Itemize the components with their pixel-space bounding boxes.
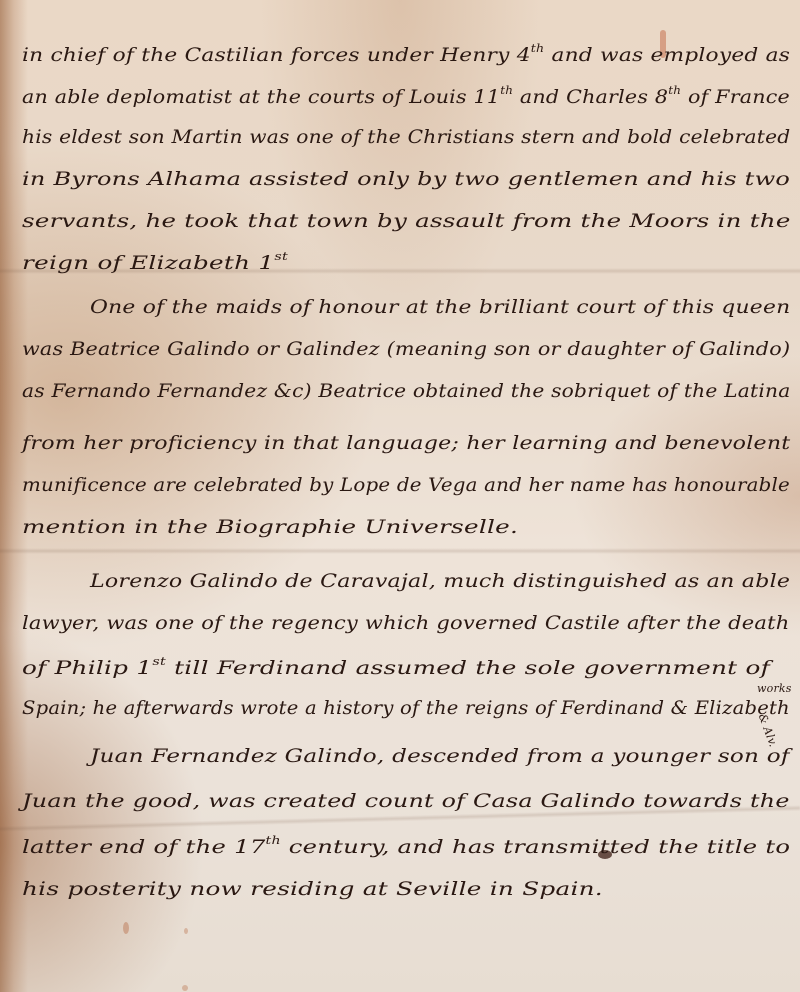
line-text: his posterity now residing at Seville in… (22, 878, 603, 900)
text-line: his eldest son Martin was one of the Chr… (22, 126, 790, 148)
line-text: reign of Elizabeth 1 (22, 252, 274, 274)
text-line: Juan Fernandez Galindo, descended from a… (90, 745, 790, 767)
foxing-spot (123, 922, 129, 934)
text-line: mention in the Biographie Universelle. (22, 516, 518, 538)
text-line: lawyer, was one of the regency which gov… (22, 612, 790, 634)
line-text: One of the maids of honour at the brilli… (90, 296, 790, 318)
text-line: in Byrons Alhama assisted only by two ge… (22, 168, 790, 190)
line-text: Juan Fernandez Galindo, descended from a… (90, 745, 790, 767)
text-line: as Fernando Fernandez &c) Beatrice obtai… (22, 380, 790, 402)
line-text: of France (681, 86, 790, 108)
line-text: mention in the Biographie Universelle. (22, 516, 518, 538)
text-line: Juan the good, was created count of Casa… (22, 790, 790, 812)
line-text: and Charles 8 (513, 86, 668, 108)
line-text: his eldest son Martin was one of the Chr… (22, 126, 790, 148)
line-text: as Fernando Fernandez &c) Beatrice obtai… (22, 380, 790, 402)
text-line: of Philip 1st till Ferdinand assumed the… (22, 655, 770, 679)
text-line: from her proficiency in that language; h… (22, 432, 790, 454)
line-text: latter end of the 17 (22, 836, 266, 858)
manuscript-page: in chief of the Castilian forces under H… (0, 0, 800, 992)
text-line: an able deplomatist at the courts of Lou… (22, 84, 790, 108)
text-line: reign of Elizabeth 1st (22, 250, 288, 274)
line-text: Lorenzo Galindo de Caravajal, much disti… (90, 570, 790, 592)
superscript: th (531, 42, 545, 55)
line-text: from her proficiency in that language; h… (22, 432, 790, 454)
superscript: th (500, 84, 513, 97)
line-text: Juan the good, was created count of Casa… (22, 790, 790, 812)
line-text: in chief of the Castilian forces under H… (22, 44, 531, 66)
superscript: st (152, 655, 166, 668)
text-line: latter end of the 17th century, and has … (22, 834, 790, 858)
text-line: in chief of the Castilian forces under H… (22, 42, 790, 66)
margin-note: works (757, 682, 792, 695)
text-line: his posterity now residing at Seville in… (22, 878, 603, 900)
text-line: munificence are celebrated by Lope de Ve… (22, 474, 790, 496)
line-text: munificence are celebrated by Lope de Ve… (22, 474, 790, 496)
paper-fold-line (0, 548, 800, 554)
foxing-spot (182, 985, 188, 991)
superscript: th (668, 84, 681, 97)
text-line: One of the maids of honour at the brilli… (90, 296, 790, 318)
line-text: servants, he took that town by assault f… (22, 210, 791, 232)
superscript: th (266, 834, 281, 847)
line-text: Spain; he afterwards wrote a history of … (22, 697, 790, 719)
line-text: of Philip 1 (22, 657, 152, 679)
line-text: in Byrons Alhama assisted only by two ge… (22, 168, 790, 190)
text-line: was Beatrice Galindo or Galindez (meanin… (22, 338, 790, 360)
line-text: lawyer, was one of the regency which gov… (22, 612, 790, 634)
line-text: till Ferdinand assumed the sole governme… (166, 657, 770, 679)
text-line: servants, he took that town by assault f… (22, 210, 791, 232)
line-text: and was employed as (544, 44, 790, 66)
foxing-spot (184, 928, 188, 934)
line-text: was Beatrice Galindo or Galindez (meanin… (22, 338, 790, 360)
line-text: an able deplomatist at the courts of Lou… (22, 86, 500, 108)
text-line: Spain; he afterwards wrote a history of … (22, 697, 790, 719)
superscript: st (274, 250, 288, 263)
line-text: century, and has transmitted the title t… (281, 836, 791, 858)
text-line: Lorenzo Galindo de Caravajal, much disti… (90, 570, 790, 592)
